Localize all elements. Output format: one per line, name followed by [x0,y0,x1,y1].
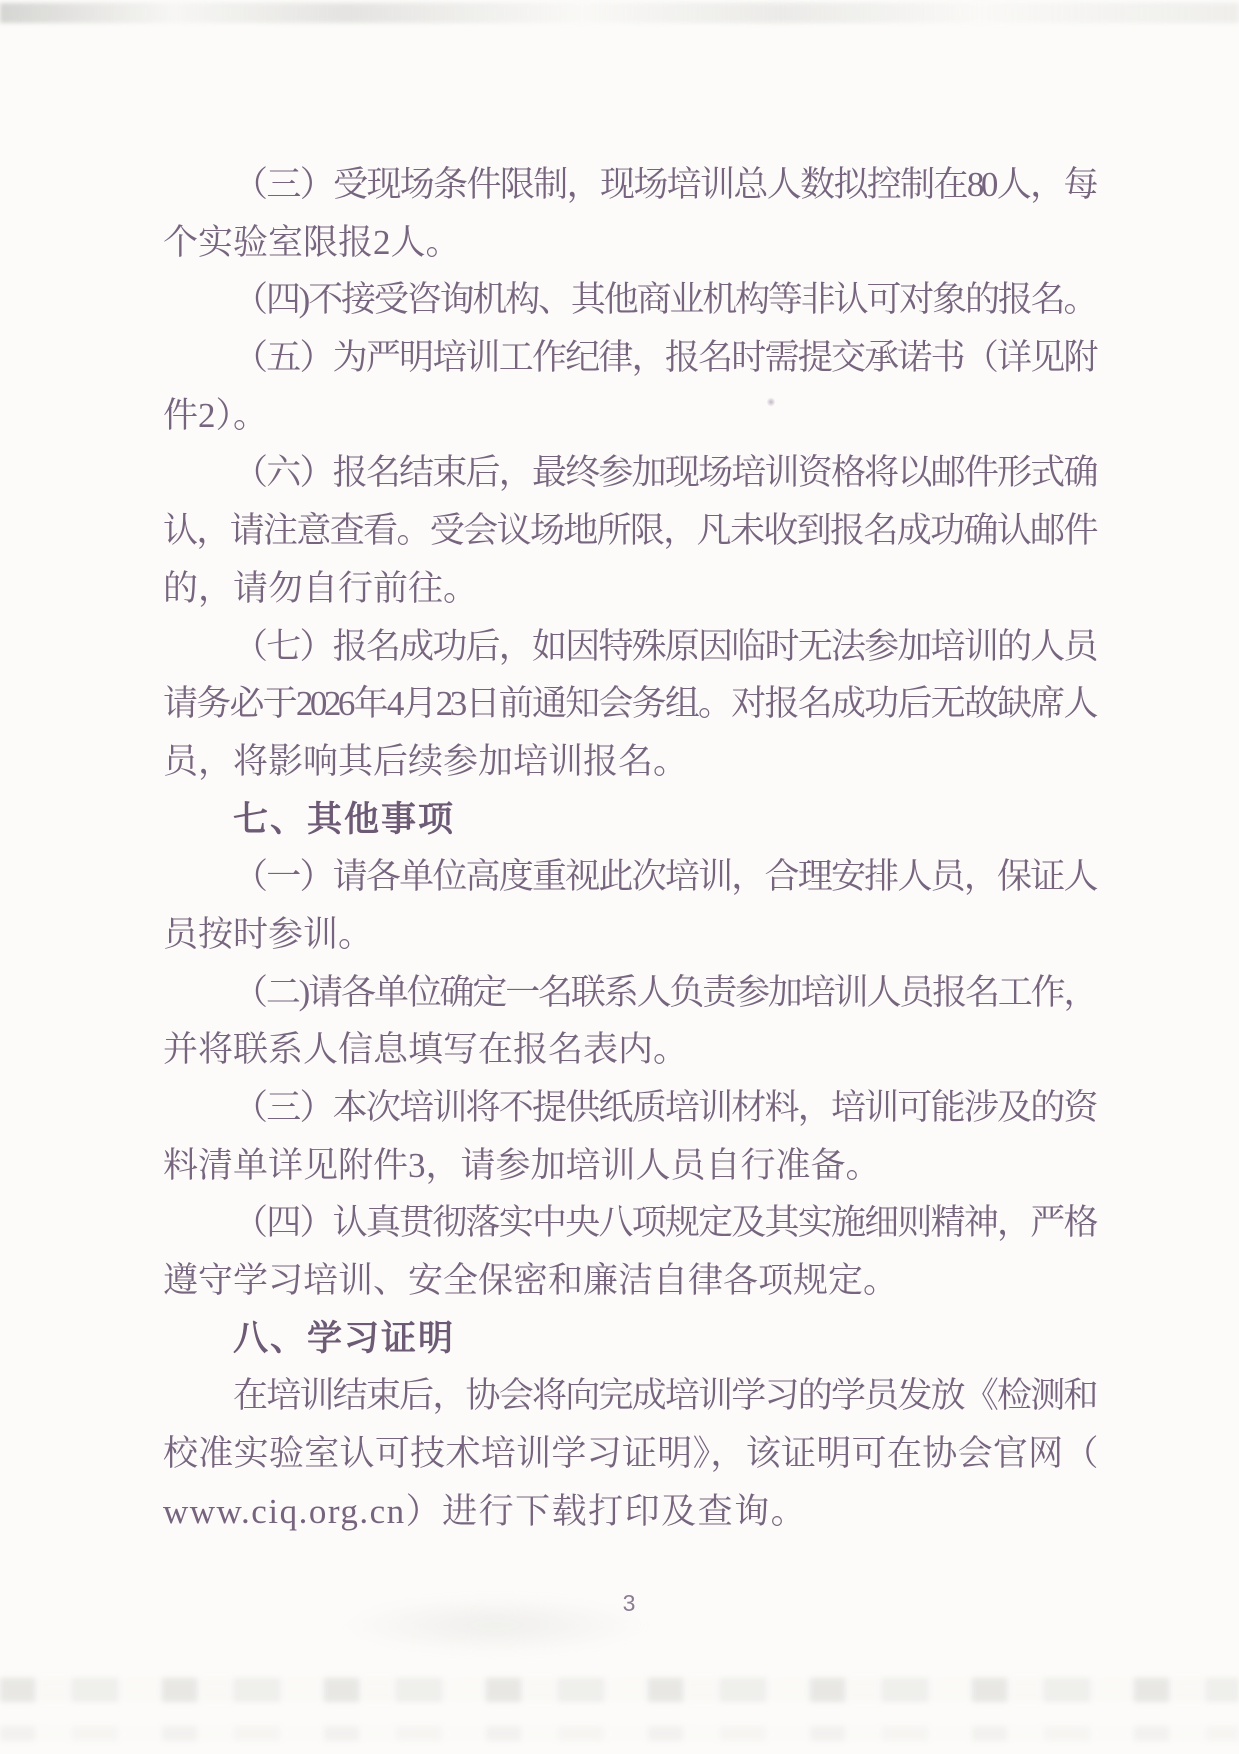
heading-other-matters: 七、其他事项 [163,791,1095,849]
scan-artifact-top-edge [0,3,1239,23]
paragraph-start-line: （六）报名结束后，最终参加现场培训资格将以邮件形式确 [163,444,1095,502]
paragraph-start-line: （五）为严明培训工作纪律，报名时需提交承诺书（详见附 [163,329,1095,387]
body-line: 料清单详见附件3，请参加培训人员自行准备。 [163,1137,1095,1195]
paragraph-start-line: （三）本次培训将不提供纸质培训材料，培训可能涉及的资 [163,1079,1095,1137]
body-line: 件2）。 [163,387,1095,445]
paragraph-start-line: （二)请各单位确定一名联系人负责参加培训人员报名工作， [163,964,1095,1022]
body-line-with-url: www.ciq.org.cn）进行下载打印及查询。 [163,1483,1095,1541]
paragraph-start-line: （一）请各单位高度重视此次培训，合理安排人员，保证人 [163,848,1095,906]
scan-artifact-bottom-band-2 [0,1726,1239,1741]
paragraph-start-line: （四)不接受咨询机构、其他商业机构等非认可对象的报名。 [163,271,1095,329]
body-line: 遵守学习培训、安全保密和廉洁自律各项规定。 [163,1252,1095,1310]
body-line: 个实验室限报2人。 [163,214,1095,272]
body-line: 员，将影响其后续参加培训报名。 [163,733,1095,791]
body-line: 请务必于2026年4月23日前通知会务组。对报名成功后无故缺席人 [163,675,1095,733]
page-number: 3 [163,1588,1095,1618]
body-line: 的，请勿自行前往。 [163,560,1095,618]
scan-speck [767,397,775,407]
heading-study-certificate: 八、学习证明 [163,1310,1095,1368]
scanned-document-page: （三）受现场条件限制，现场培训总人数拟控制在80人，每 个实验室限报2人。 （四… [0,0,1239,1754]
paragraph-start-line: （三）受现场条件限制，现场培训总人数拟控制在80人，每 [163,156,1095,214]
body-line: 员按时参训。 [163,906,1095,964]
body-line: 校准实验室认可技术培训学习证明》，该证明可在协会官网（ [163,1425,1095,1483]
body-line: 认，请注意查看。受会议场地所限，凡未收到报名成功确认邮件 [163,502,1095,560]
paragraph-start-line: （七）报名成功后，如因特殊原因临时无法参加培训的人员 [163,618,1095,676]
paragraph-start-line: （四）认真贯彻落实中央八项规定及其实施细则精神，严格 [163,1194,1095,1252]
body-line: 并将联系人信息填写在报名表内。 [163,1021,1095,1079]
document-body: （三）受现场条件限制，现场培训总人数拟控制在80人，每 个实验室限报2人。 （四… [163,156,1095,1541]
paragraph-start-line: 在培训结束后，协会将向完成培训学习的学员发放《检测和 [163,1367,1095,1425]
scan-artifact-bottom-band [0,1678,1239,1702]
